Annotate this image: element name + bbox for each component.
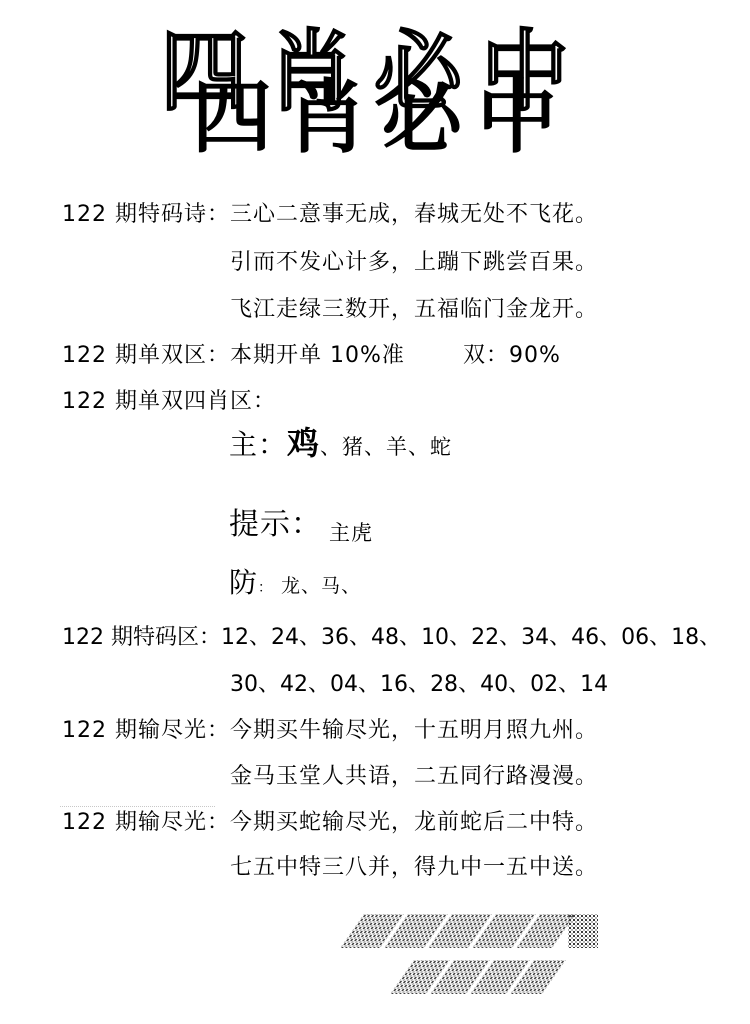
guard-line: 防： 龙、马、 xyxy=(229,566,361,605)
separator: 、 xyxy=(649,625,671,650)
number: 22 xyxy=(471,625,499,650)
main-pick: 鸡 xyxy=(287,424,320,462)
lose-all-text: 今期买牛输尽光，十五明月照九州。 xyxy=(230,718,598,743)
number: 06 xyxy=(621,625,649,650)
number: 14 xyxy=(580,672,608,697)
number: 16 xyxy=(380,672,408,697)
guard-value: 龙 xyxy=(281,575,301,597)
number: 28 xyxy=(430,672,458,697)
separator: 、 xyxy=(549,625,571,650)
separator: 、 xyxy=(341,575,361,597)
main-label: 主： xyxy=(229,428,287,461)
number: 34 xyxy=(521,625,549,650)
hint-value: 主虎 xyxy=(329,514,373,552)
separator: 、 xyxy=(499,625,521,650)
lose-all-label: 122 期输尽光： xyxy=(62,810,230,835)
number: 30 xyxy=(230,672,258,697)
number: 48 xyxy=(371,625,399,650)
special-numbers-row-2: 30、42、04、16、28、40、02、14 xyxy=(230,672,608,698)
separator: 、 xyxy=(308,672,330,697)
separator: 、 xyxy=(399,625,421,650)
number: 18 xyxy=(671,625,699,650)
four-zodiac-label: 122 期单双四肖区： xyxy=(62,389,276,415)
odd-text: 本期开单 10%准 xyxy=(230,343,405,368)
separator: 、 xyxy=(358,672,380,697)
guard-label: 防 xyxy=(229,566,258,599)
watermark-row-2 xyxy=(402,960,558,998)
separator: 、 xyxy=(301,575,321,597)
guard-value: 马 xyxy=(321,575,341,597)
separator: 、 xyxy=(458,672,480,697)
number: 40 xyxy=(480,672,508,697)
separator: 、 xyxy=(258,672,280,697)
separator: 、 xyxy=(449,625,471,650)
separator: 、 xyxy=(699,625,721,650)
watermark-row-1 xyxy=(352,914,602,952)
zodiac-pick: 猪 xyxy=(342,435,364,459)
even-text: 双：90% xyxy=(463,343,561,369)
number: 04 xyxy=(330,672,358,697)
separator: 、 xyxy=(408,435,430,459)
number: 12 xyxy=(221,625,249,650)
hint-label: 提示： xyxy=(229,507,322,542)
watermark-glyph xyxy=(568,914,598,948)
lose-all-label: 122 期输尽光： xyxy=(62,718,230,743)
special-numbers-label: 122 期特码区： xyxy=(62,625,221,650)
odd-even-label: 122 期单双区： xyxy=(62,343,230,368)
poem-label: 122 期特码诗： xyxy=(62,202,230,227)
lose-all-2-line-1: 122 期输尽光：今期买蛇输尽光，龙前蛇后二中特。 xyxy=(62,810,598,836)
dotted-divider xyxy=(60,806,215,807)
lose-all-1-line-1: 122 期输尽光：今期买牛输尽光，十五明月照九州。 xyxy=(62,718,598,744)
four-zodiac-picks: 主：鸡、猪、羊、蛇 xyxy=(229,424,452,467)
separator: 、 xyxy=(299,625,321,650)
poem-line-2: 引而不发心计多，上蹦下跳尝百果。 xyxy=(230,250,598,276)
lose-all-2-line-2: 七五中特三八并，得九中一五中送。 xyxy=(230,855,598,881)
number: 10 xyxy=(421,625,449,650)
guard-colon: ： xyxy=(258,580,273,596)
number: 24 xyxy=(271,625,299,650)
separator: 、 xyxy=(249,625,271,650)
page-title: 四肖必中 xyxy=(192,70,572,166)
separator: 、 xyxy=(558,672,580,697)
lose-all-text: 今期买蛇输尽光，龙前蛇后二中特。 xyxy=(230,810,598,835)
hint-line: 提示： 主虎 xyxy=(229,506,322,547)
poem-text: 三心二意事无成，春城无处不飞花。 xyxy=(230,202,598,227)
number: 46 xyxy=(571,625,599,650)
zodiac-pick: 羊 xyxy=(386,435,408,459)
number: 36 xyxy=(321,625,349,650)
separator: 、 xyxy=(599,625,621,650)
number: 42 xyxy=(280,672,308,697)
special-numbers-row-1: 122 期特码区：12、24、36、48、10、22、34、46、06、18、 xyxy=(62,625,721,651)
poem-line-1: 122 期特码诗：三心二意事无成，春城无处不飞花。 xyxy=(62,202,598,228)
odd-even-line: 122 期单双区：本期开单 10%准 xyxy=(62,343,405,369)
number: 02 xyxy=(530,672,558,697)
separator: 、 xyxy=(349,625,371,650)
lose-all-1-line-2: 金马玉堂人共语，二五同行路漫漫。 xyxy=(230,764,598,790)
separator: 、 xyxy=(364,435,386,459)
separator: 、 xyxy=(408,672,430,697)
separator: 、 xyxy=(508,672,530,697)
separator: 、 xyxy=(320,435,342,459)
zodiac-pick: 蛇 xyxy=(430,435,452,459)
poem-line-3: 飞江走绿三数开，五福临门金龙开。 xyxy=(230,297,598,323)
